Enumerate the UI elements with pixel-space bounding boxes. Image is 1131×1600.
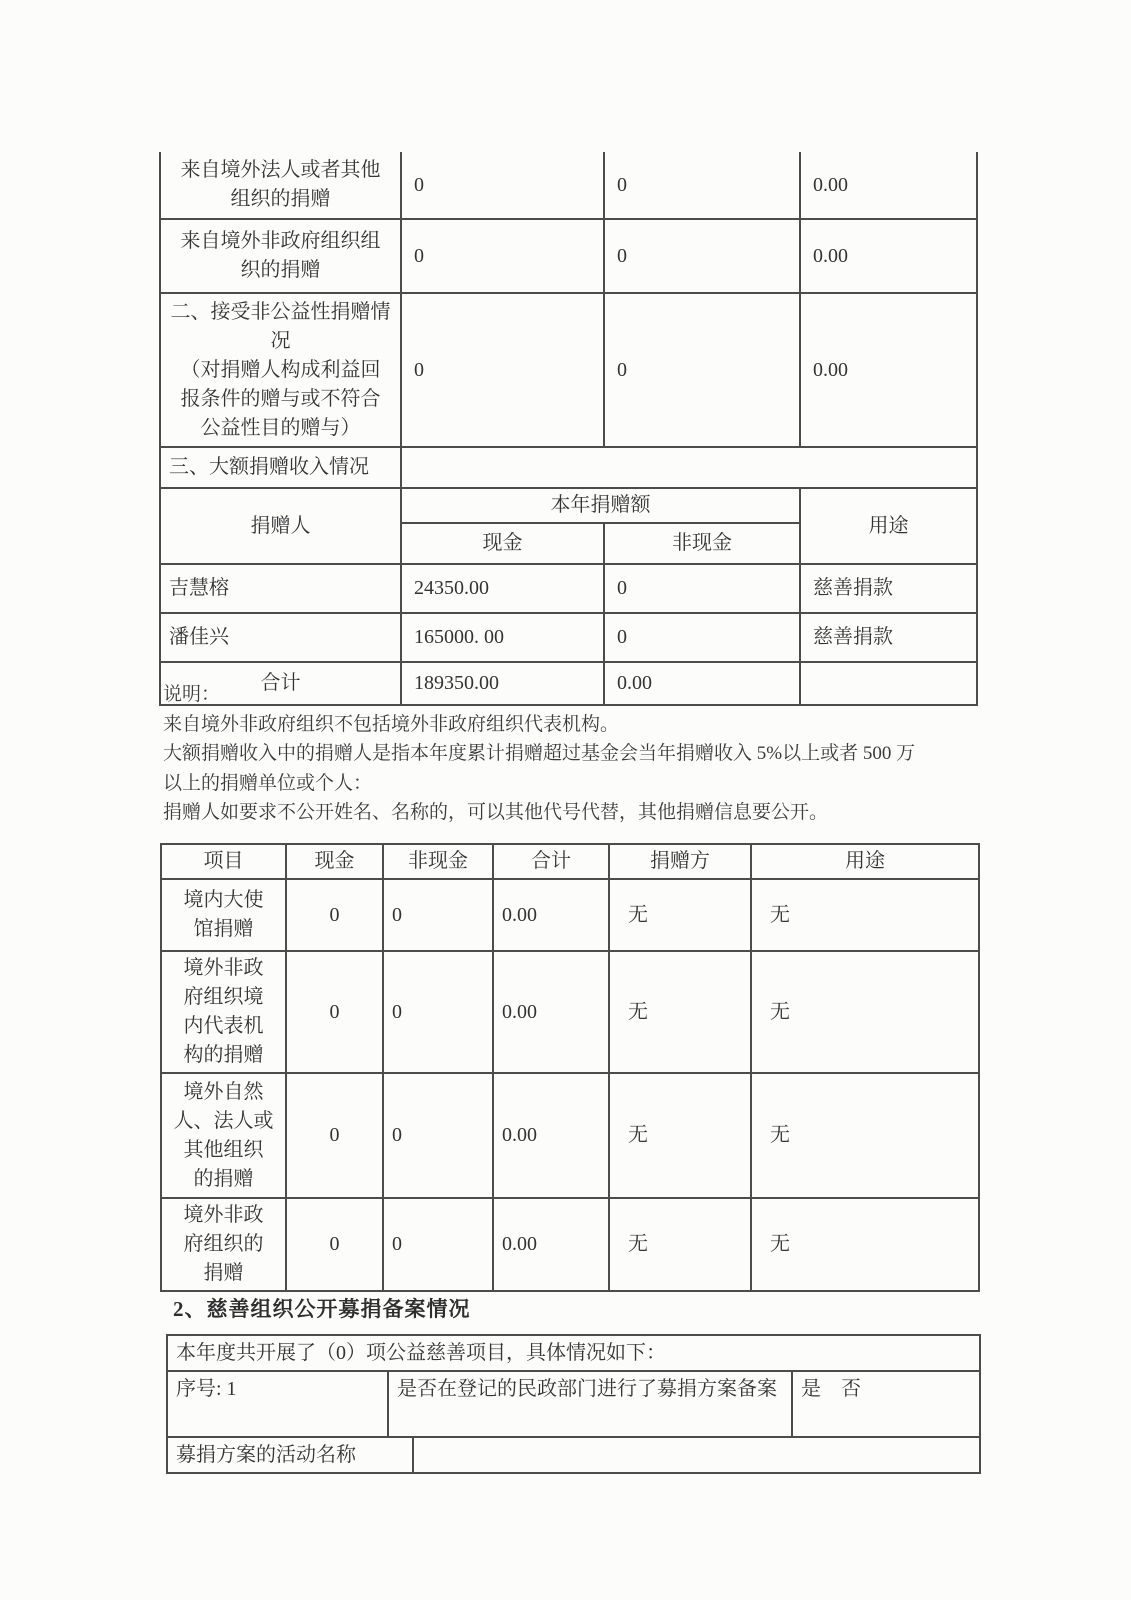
purpose-header: 用途	[800, 488, 977, 564]
item-label: 境外非政 府组织的 捐赠	[161, 1198, 286, 1291]
major-donation-section-title: 三、大额捐赠收入情况	[160, 447, 401, 488]
section-heading-public-fundraising: 2、慈善组织公开募捐备案情况	[173, 1293, 471, 1323]
total-value: 0.00	[493, 1073, 609, 1198]
purpose-value: 慈善捐款	[800, 564, 977, 613]
purpose-value: 慈善捐款	[800, 613, 977, 662]
cash-value: 24350.00	[401, 564, 604, 613]
noncash-value: 0	[383, 1198, 493, 1291]
notes-block: 说明： 来自境外非政府组织不包括境外非政府组织代表机构。 大额捐赠收入中的捐赠人…	[163, 680, 993, 828]
cash-value: 165000. 00	[401, 613, 604, 662]
item-label: 境外自然 人、法人或 其他组织 的捐赠	[161, 1073, 286, 1198]
item-header: 项目	[161, 844, 286, 879]
purpose-value: 无	[751, 879, 979, 951]
noncash-value: 0	[604, 219, 800, 293]
donor-header: 捐赠人	[160, 488, 401, 564]
cash-value: 0	[286, 1073, 383, 1198]
purpose-value: 无	[751, 1073, 979, 1198]
row-label: 来自境外法人或者其他 组织的捐赠	[160, 152, 401, 219]
row-label: 来自境外非政府组织组 织的捐赠	[160, 219, 401, 293]
donor-name: 潘佳兴	[160, 613, 401, 662]
cash-value: 0	[401, 219, 604, 293]
serial-number: 序号: 1	[168, 1372, 387, 1436]
item-label: 境内大使 馆捐赠	[161, 879, 286, 951]
noncash-value: 0	[604, 152, 800, 219]
noncash-header: 非现金	[604, 523, 800, 564]
cash-value: 0	[286, 1198, 383, 1291]
cash-header: 现金	[401, 523, 604, 564]
noncash-value: 0	[383, 1073, 493, 1198]
summary-text: 本年度共开展了（0）项公益慈善项目，具体情况如下：	[168, 1336, 979, 1370]
donor-row: 潘佳兴 165000. 00 0 慈善捐款	[160, 613, 977, 662]
row-label: 二、接受非公益性捐赠情 况 （对捐赠人构成利益回 报条件的赠与或不符合 公益性目…	[160, 293, 401, 447]
note-line: 以上的捐赠单位或个人：	[163, 769, 993, 799]
donor-value: 无	[609, 1198, 751, 1291]
noncash-value: 0	[604, 613, 800, 662]
purpose-value: 无	[751, 951, 979, 1073]
table-row: 二、接受非公益性捐赠情 况 （对捐赠人构成利益回 报条件的赠与或不符合 公益性目…	[160, 293, 977, 447]
cash-value: 0	[286, 951, 383, 1073]
section-title-row: 三、大额捐赠收入情况	[160, 447, 977, 488]
note-line: 来自境外非政府组织不包括境外非政府组织代表机构。	[163, 710, 993, 740]
cash-value: 0	[286, 879, 383, 951]
filing-question: 是否在登记的民政部门进行了募捐方案备案	[387, 1372, 791, 1436]
cash-value: 0	[401, 293, 604, 447]
summary-row: 本年度共开展了（0）项公益慈善项目，具体情况如下：	[168, 1336, 979, 1370]
cash-value: 0	[401, 152, 604, 219]
donor-name: 吉慧榕	[160, 564, 401, 613]
scanned-document-page: 来自境外法人或者其他 组织的捐赠 0 0 0.00 来自境外非政府组织组 织的捐…	[0, 0, 1131, 1600]
noncash-value: 0	[604, 293, 800, 447]
year-amount-header: 本年捐赠额	[401, 488, 800, 523]
table-row: 来自境外非政府组织组 织的捐赠 0 0 0.00	[160, 219, 977, 293]
noncash-value: 0	[604, 564, 800, 613]
donor-value: 无	[609, 879, 751, 951]
noncash-value: 0	[383, 879, 493, 951]
purpose-value: 无	[751, 1198, 979, 1291]
total-value: 0.00	[493, 1198, 609, 1291]
total-value: 0.00	[800, 152, 977, 219]
foreign-donation-detail-table: 项目 现金 非现金 合计 捐赠方 用途 境内大使 馆捐赠 0 0 0.00 无 …	[160, 843, 980, 1292]
total-header: 合计	[493, 844, 609, 879]
header-row: 捐赠人 本年捐赠额 用途	[160, 488, 977, 523]
plan-name-row: 募捐方案的活动名称	[168, 1436, 979, 1472]
note-line: 大额捐赠收入中的捐赠人是指本年度累计捐赠超过基金会当年捐赠收入 5%以上或者 5…	[163, 739, 993, 769]
plan-name-value	[412, 1438, 979, 1472]
purpose-header: 用途	[751, 844, 979, 879]
filing-answer: 是 否	[791, 1372, 979, 1436]
table-row: 境内大使 馆捐赠 0 0 0.00 无 无	[161, 879, 979, 951]
item-label: 境外非政 府组织境 内代表机 构的捐赠	[161, 951, 286, 1073]
notes-title: 说明：	[163, 680, 993, 710]
total-value: 0.00	[493, 951, 609, 1073]
empty-cell	[401, 447, 977, 488]
total-value: 0.00	[800, 293, 977, 447]
donation-income-table: 来自境外法人或者其他 组织的捐赠 0 0 0.00 来自境外非政府组织组 织的捐…	[159, 152, 978, 706]
total-value: 0.00	[800, 219, 977, 293]
noncash-value: 0	[383, 951, 493, 1073]
table-row: 境外自然 人、法人或 其他组织 的捐赠 0 0 0.00 无 无	[161, 1073, 979, 1198]
note-line: 捐赠人如要求不公开姓名、名称的，可以其他代号代替，其他捐赠信息要公开。	[163, 798, 993, 828]
table-row: 境外非政 府组织境 内代表机 构的捐赠 0 0 0.00 无 无	[161, 951, 979, 1073]
serial-row: 序号: 1 是否在登记的民政部门进行了募捐方案备案 是 否	[168, 1370, 979, 1436]
cash-header: 现金	[286, 844, 383, 879]
donor-header: 捐赠方	[609, 844, 751, 879]
header-row: 项目 现金 非现金 合计 捐赠方 用途	[161, 844, 979, 879]
table-row: 来自境外法人或者其他 组织的捐赠 0 0 0.00	[160, 152, 977, 219]
donor-row: 吉慧榕 24350.00 0 慈善捐款	[160, 564, 977, 613]
donor-value: 无	[609, 951, 751, 1073]
noncash-header: 非现金	[383, 844, 493, 879]
plan-name-label: 募捐方案的活动名称	[168, 1438, 412, 1472]
donor-value: 无	[609, 1073, 751, 1198]
fundraising-filing-table: 本年度共开展了（0）项公益慈善项目，具体情况如下： 序号: 1 是否在登记的民政…	[166, 1334, 981, 1474]
table-row: 境外非政 府组织的 捐赠 0 0 0.00 无 无	[161, 1198, 979, 1291]
total-value: 0.00	[493, 879, 609, 951]
